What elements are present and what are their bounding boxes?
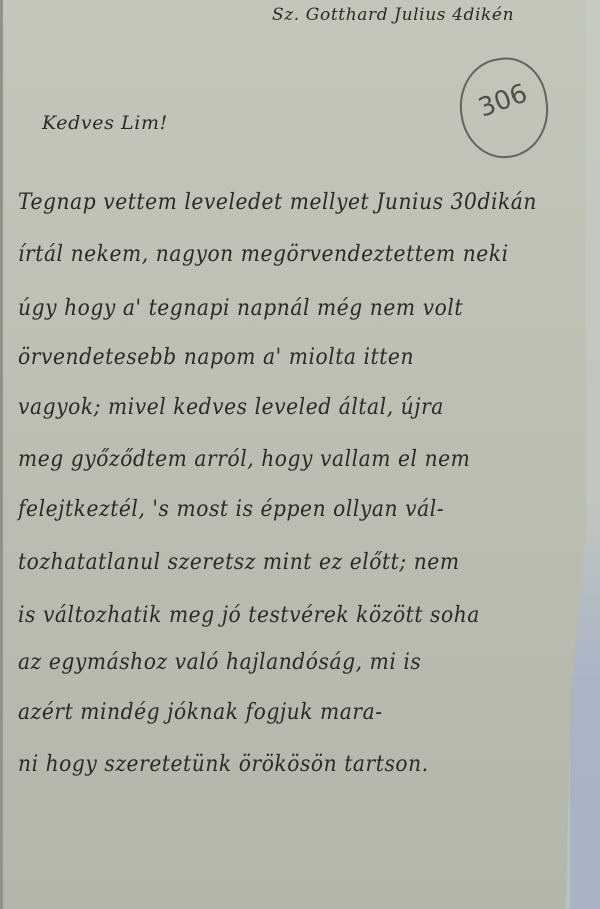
body-line: felejtkeztél, 's most is éppen ollyan vá… xyxy=(18,497,444,522)
body-line: az egymáshoz való hajlandóság, mi is xyxy=(18,650,421,675)
body-line: Tegnap vettem leveledet mellyet Junius 3… xyxy=(18,190,537,215)
body-line: meg győződtem arról, hogy vallam el nem xyxy=(18,447,470,472)
body-line: azért mindég jóknak fogjuk mara- xyxy=(18,700,383,725)
body-line: tozhatatlanul szeretsz mint ez előtt; ne… xyxy=(18,550,460,575)
body-line: vagyok; mivel kedves leveled által, újra xyxy=(18,395,444,420)
folio-number: 306 xyxy=(458,73,547,130)
body-line: ni hogy szeretetünk örökösön tartson. xyxy=(18,752,429,777)
letter-page: Sz. Gotthard Julius 4dikén 306 Kedves Li… xyxy=(0,0,586,909)
body-line: örvendetesebb napom a' miolta itten xyxy=(18,345,414,370)
folio-number-circle: 306 xyxy=(453,52,554,163)
salutation: Kedves Lim! xyxy=(42,112,168,134)
body-line: írtál nekem, nagyon megörvendeztettem ne… xyxy=(18,242,509,267)
place-date-header: Sz. Gotthard Julius 4dikén xyxy=(272,5,514,25)
body-line: is változhatik meg jó testvérek között s… xyxy=(18,603,480,628)
body-line: úgy hogy a' tegnapi napnál még nem volt xyxy=(18,296,463,321)
